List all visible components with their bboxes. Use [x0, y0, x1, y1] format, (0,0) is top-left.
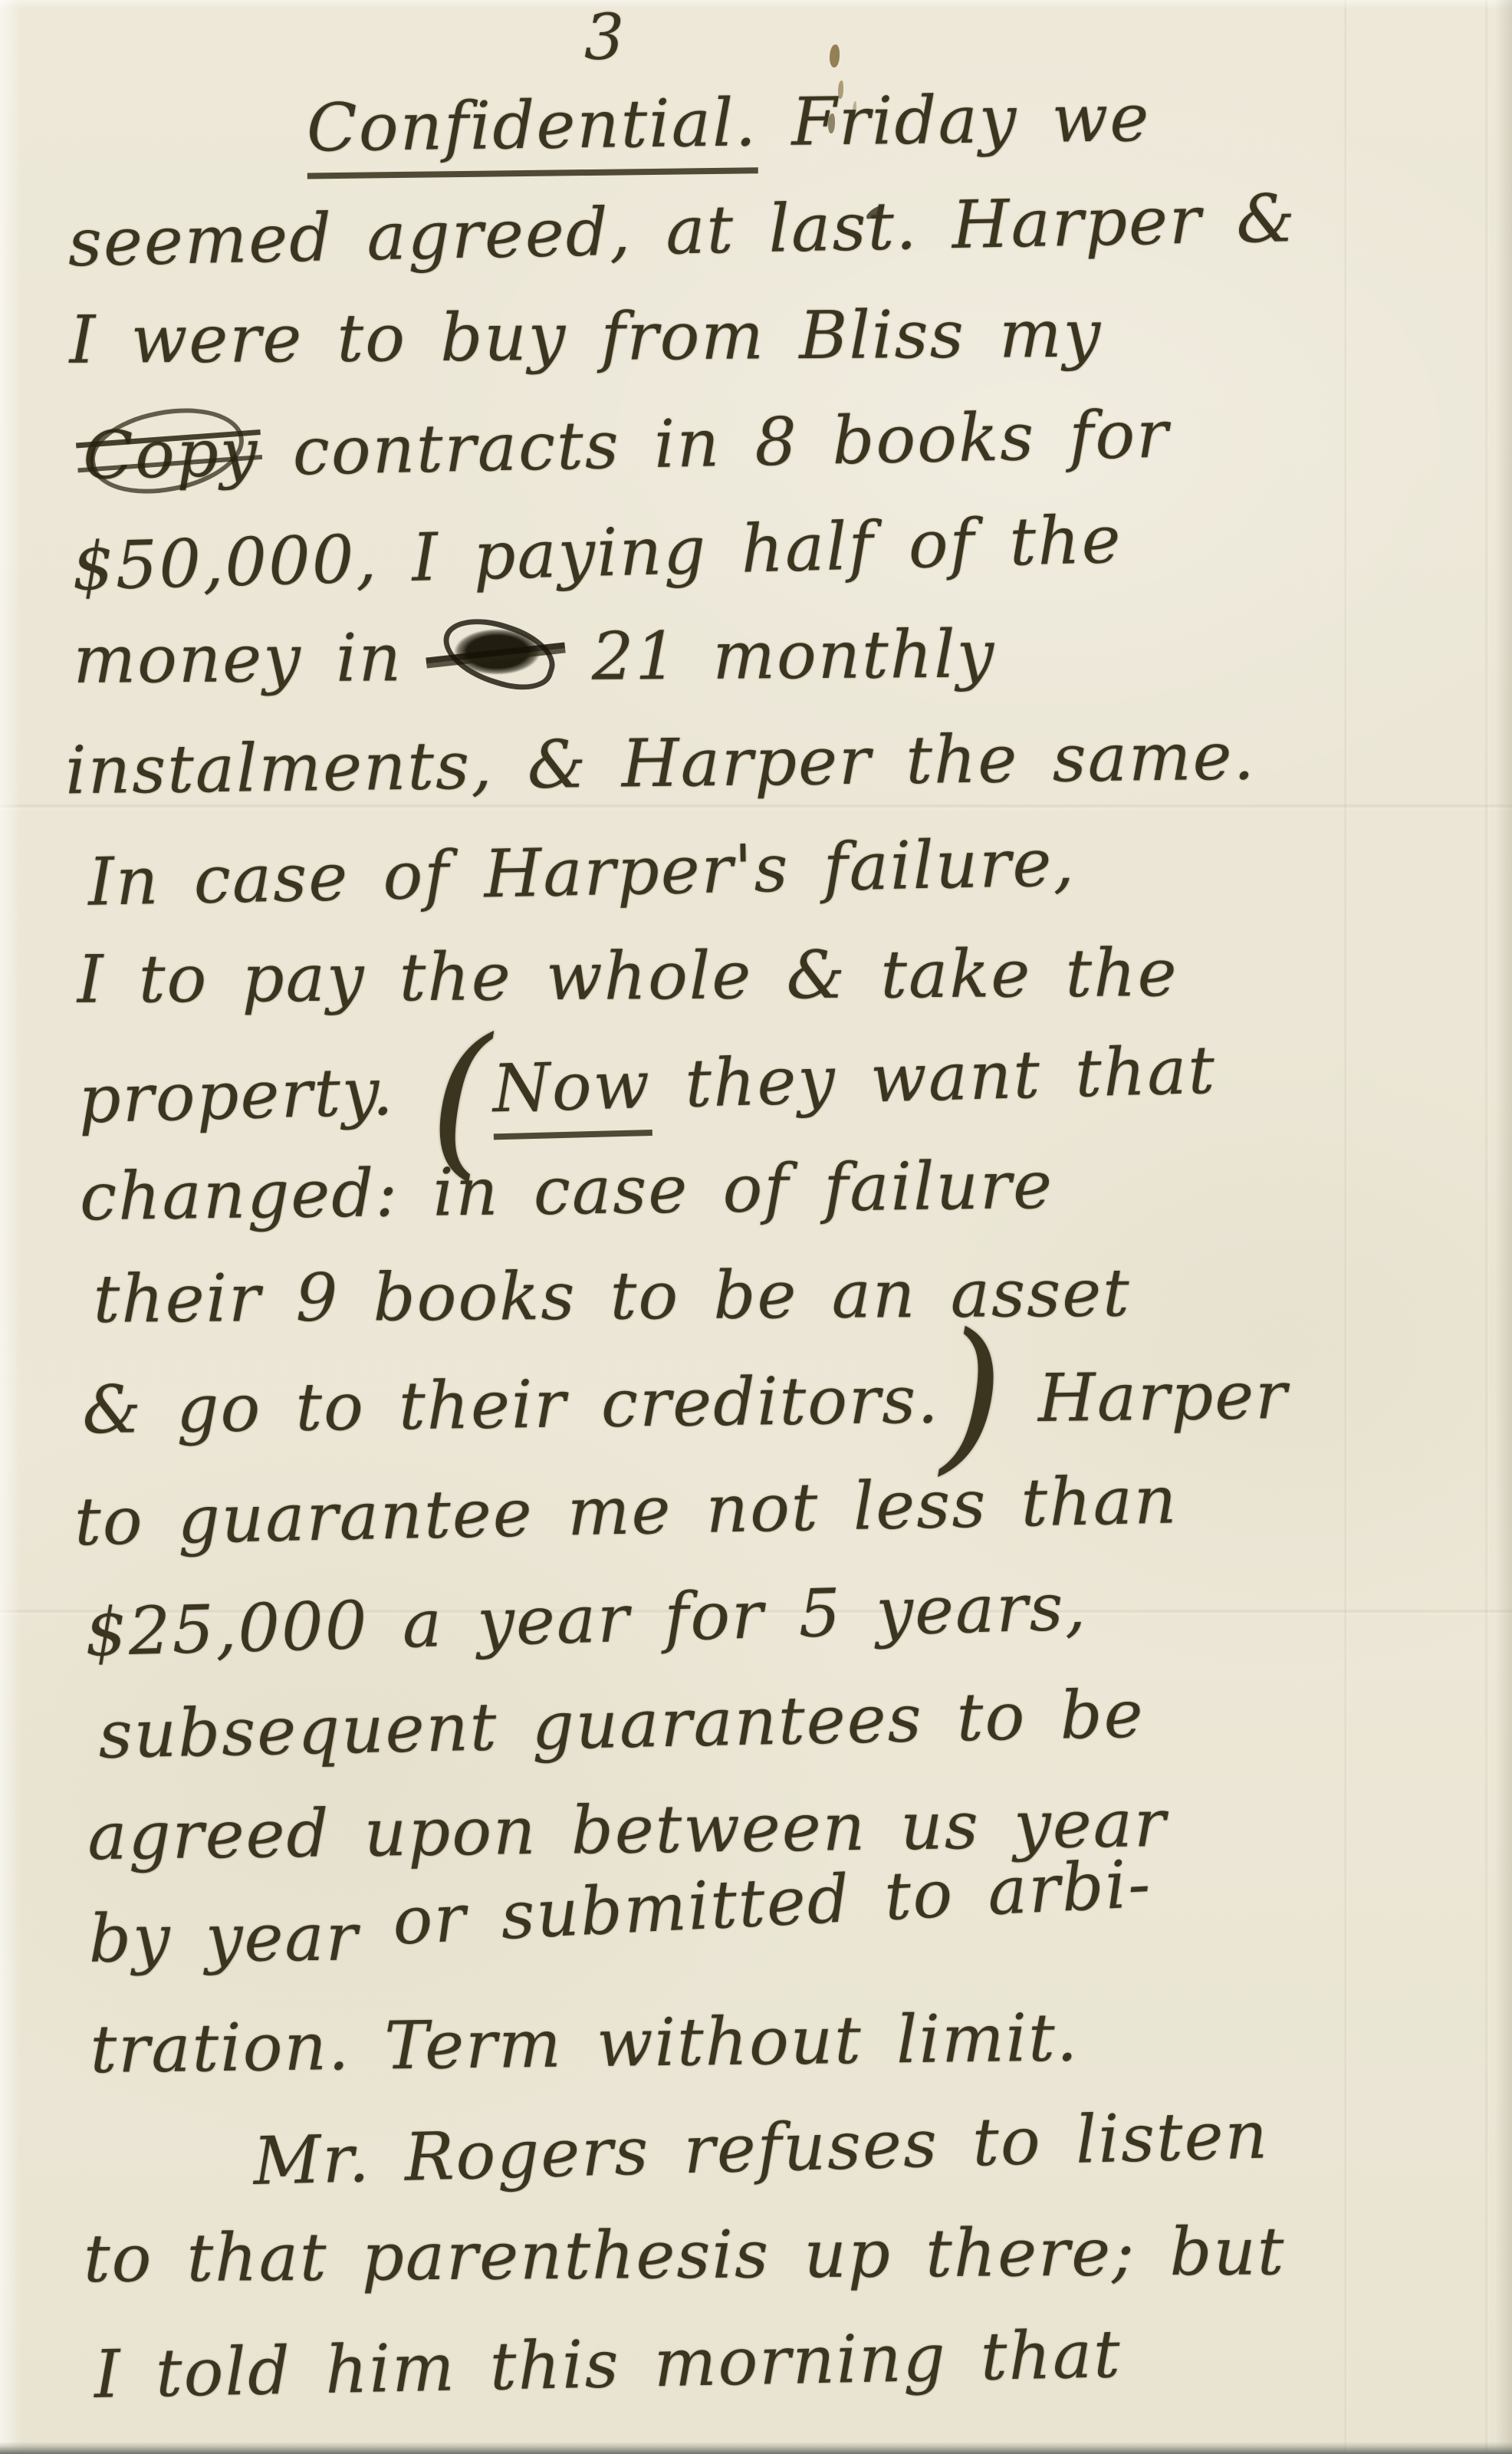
text-segment: changed: in case of failure: [79, 1147, 1053, 1236]
ink-blot: [830, 44, 840, 67]
text-segment: In case of Harper's failure,: [87, 824, 1076, 921]
letter-line: I were to buy from Bliss my: [0, 286, 1501, 402]
letter-body: Confidential. Friday weseemed agreed, at…: [0, 68, 1512, 2432]
text-segment: Harper: [1004, 1357, 1289, 1438]
parenthesis-mark: (: [426, 1002, 495, 1196]
scan-edge-right: [1495, 0, 1512, 2454]
letter-page: 3 Confidential. Friday weseemed agreed, …: [0, 0, 1512, 2454]
text-segment: & go to their creditors.: [82, 1362, 940, 1449]
text-segment: money in: [73, 620, 436, 699]
scribbled-out-word: Copy: [82, 406, 260, 502]
underlined-word: Confidential.: [306, 84, 758, 179]
text-segment: to that parenthesis up there; but: [84, 2213, 1286, 2298]
letter-line: I told him this morning that: [13, 2301, 1512, 2438]
letter-line: their 9 books to be an asset: [12, 1245, 1512, 1360]
underlined-word: Now: [491, 1047, 652, 1140]
letter-line: money in 21 monthly: [0, 605, 1505, 721]
text-segment: I were to buy from Bliss my: [69, 296, 1102, 379]
text-segment: property.: [77, 1053, 429, 1139]
text-segment: Mr. Rogers refuses to listen: [252, 2097, 1270, 2200]
scan-edge-bottom: [0, 2442, 1512, 2454]
text-segment: 21 monthly: [557, 617, 995, 696]
scan-edge-left: [0, 0, 21, 2454]
text-segment: instalments, & Harper the same.: [65, 718, 1257, 809]
text-segment: their 9 books to be an asset: [93, 1255, 1131, 1337]
letter-line: to that parenthesis up there; but: [3, 2204, 1512, 2320]
text-segment: they want that: [650, 1032, 1217, 1123]
text-segment: $50,000, I paying half of the: [71, 502, 1123, 606]
text-segment: $25,000 a year for 5 years,: [84, 1568, 1088, 1671]
text-segment: Friday we: [757, 80, 1151, 161]
text-segment: I to pay the whole & take the: [77, 935, 1178, 1018]
letter-line: by year or submitted to arbi-: [8, 1884, 1512, 2000]
scan-edge-top: [0, 0, 1512, 9]
illegible-ink-blot: [436, 620, 558, 691]
text-segment: I told him this morning that: [94, 2316, 1122, 2413]
text-segment: subsequent guarantees to be: [98, 1676, 1146, 1773]
text-segment: to guarantee me not less than: [74, 1462, 1178, 1561]
page-number: 3: [584, 2, 624, 74]
text-segment: by year: [89, 1899, 393, 1977]
text-segment: contracts in 8 books for: [258, 396, 1170, 492]
text-segment: seemed agreed, at last. Harper &: [67, 180, 1297, 281]
text-segment: tration. Term without limit.: [90, 1999, 1080, 2088]
